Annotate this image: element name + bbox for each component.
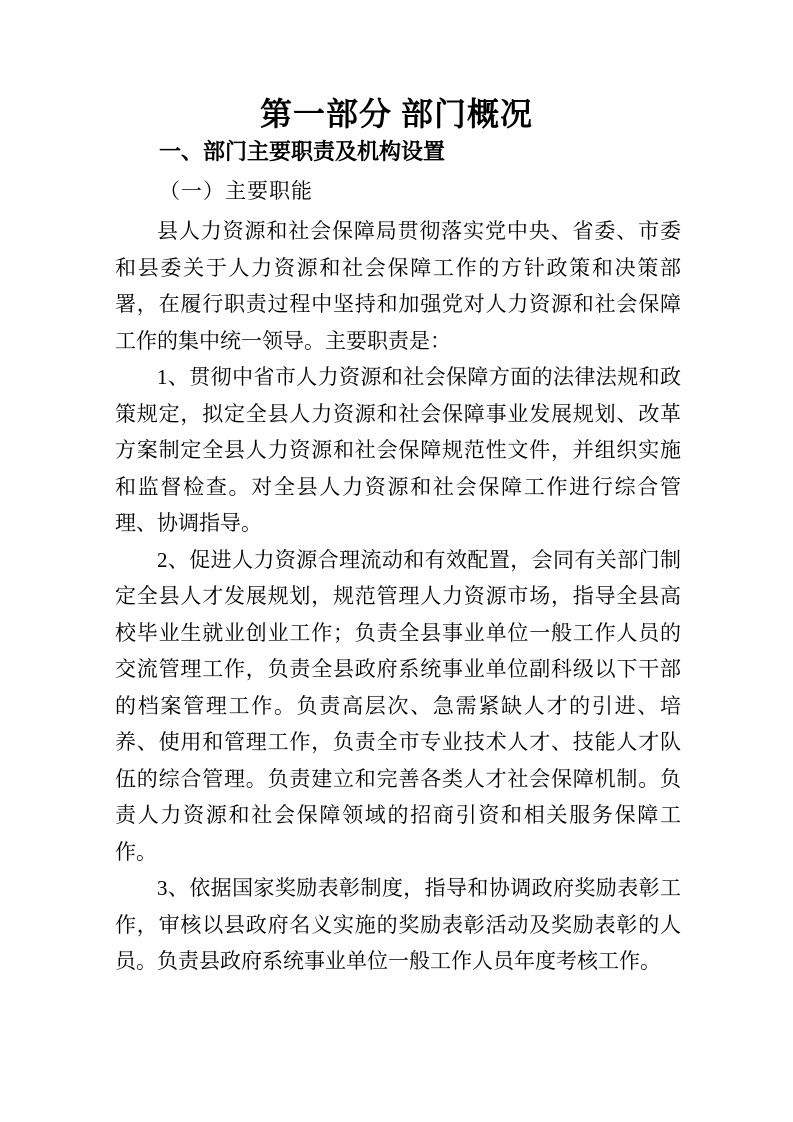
section-heading: 一、部门主要职责及机构设置	[115, 139, 681, 165]
document-title: 第一部分 部门概况	[0, 96, 793, 132]
paragraph: 1、贯彻中省市人力资源和社会保障方面的法律法规和政策规定，拟定全县人力资源和社会…	[115, 359, 681, 542]
paragraph: 县人力资源和社会保障局贯彻落实党中央、省委、市委和县委关于人力资源和社会保障工作…	[115, 213, 681, 359]
paragraph: 3、依据国家奖励表彰制度，指导和协调政府奖励表彰工作，审核以县政府名义实施的奖励…	[115, 870, 681, 980]
subsection-heading: （一）主要职能	[115, 178, 681, 204]
paragraph: 2、促进人力资源合理流动和有效配置，会同有关部门制定全县人才发展规划，规范管理人…	[115, 542, 681, 871]
document-page: 第一部分 部门概况 一、部门主要职责及机构设置 （一）主要职能 县人力资源和社会…	[0, 0, 793, 1122]
document-body: 县人力资源和社会保障局贯彻落实党中央、省委、市委和县委关于人力资源和社会保障工作…	[115, 213, 681, 980]
